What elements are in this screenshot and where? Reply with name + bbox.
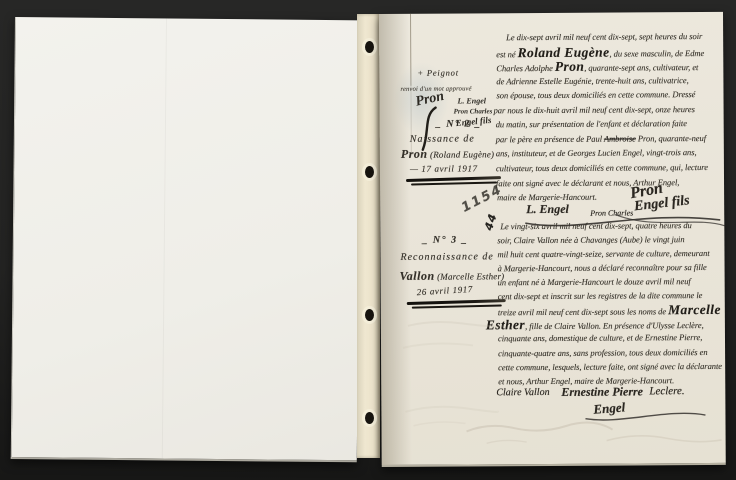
child-name: Marcelle [668,302,721,317]
text-segment: par le père en présence de Paul [496,134,604,145]
act1-line: cultivateur, tous deux domiciliés en cet… [496,162,708,174]
margin-signature-l-engel: L. Engel [458,96,487,105]
margin-underline [407,300,506,308]
text-segment: Vallon [400,269,435,283]
left-blank-page [11,17,361,462]
act2-line: un enfant né à Margerie-Hancourt le douz… [498,276,691,288]
act2-line: soir, Claire Vallon née à Chavanges (Aub… [497,234,684,246]
act2-line: cent dix-sept et inscrit sur les registr… [498,290,703,302]
binding-strip [357,14,380,458]
text-segment: Pron [401,147,428,161]
signature-leclere: Leclere. [649,385,684,397]
text-segment: (Roland Eugène) [428,149,495,159]
binding-hole [365,41,374,53]
bleed-through-marks [393,313,504,434]
act1-line: par le père en présence de Paul Ambroise… [496,133,706,145]
act2-line: cette commune, lesquels, lecture faite, … [498,361,722,373]
father-surname: Pron [555,59,584,74]
text-segment: (Marcelle Esther) [435,271,505,281]
margin-annotation-name: + Peignot [417,68,459,78]
child-name: Roland Eugène [518,45,610,61]
act1-line: Charles Adolphe Pron, quarante-sept ans,… [496,60,698,74]
act2-line: cinquante ans, domestique de culture, et… [498,332,702,344]
signature-claire-vallon: Claire Vallon [496,387,549,398]
act1-line: ans, instituteur, et de Georges Lucien E… [496,147,697,159]
margin-underline [406,177,501,185]
margin-act1-number: _ N° 2 _ [436,118,482,129]
text-segment: Charles Adolphe [496,63,555,73]
binding-hole [365,166,374,178]
margin-act1-name: Pron (Roland Eugène) [401,146,494,162]
act2-line: à Margerie-Hancourt, nous a déclaré reco… [498,262,707,274]
act1-line: par nous le dix-huit avril mil neuf cent… [494,104,695,116]
text-segment: , du sexe masculin, de Edme [609,48,704,59]
act1-line: de Adrienne Estelle Eugénie, trente-huit… [496,75,688,87]
text-segment: treize avril mil neuf cent dix-sept sous… [498,306,668,317]
signature-ernestine-pierre: Ernestine Pierre [561,384,643,399]
crossed-out-word: Ambroise [604,133,636,143]
act2-line: mil huit cent quatre-vingt-seize, servan… [497,248,709,260]
act2-line: cinquante-quatre ans, sans profession, t… [498,347,708,359]
act1-line: son épouse, tous deux domiciliés en cett… [496,89,695,101]
register-page: + Peignot renvoi d'un mot approuvé Pron … [379,12,726,467]
margin-act1-date: — 17 avril 1917 [410,163,478,173]
binding-hole [365,412,374,424]
margin-act2-date: 26 avril 1917 [416,284,473,297]
act2-line: Le vingt-six avril mil neuf cent dix-sep… [500,220,691,232]
act2-line: treize avril mil neuf cent dix-sept sous… [498,304,721,318]
binding-hole [365,309,374,321]
text-segment: , fille de Claire Vallon. En présence d'… [525,320,704,331]
margin-act2-title: Reconnaissance de [400,251,493,263]
margin-act2-name: Vallon (Marcelle Esther) [400,268,505,284]
text-segment: , quarante-sept ans, cultivateur, et [584,62,698,73]
text-segment: Pron, quarante-neuf [636,133,706,143]
act1-line: Le dix-sept avril mil neuf cent dix-sept… [506,31,702,43]
page-crease [162,18,167,458]
act2-line: Esther, fille de Claire Vallon. En prése… [486,318,704,332]
margin-act2-number: _ N° 3 _ [422,234,468,245]
register-book-scan: + Peignot renvoi d'un mot approuvé Pron … [0,0,736,480]
margin-act1-title: Naissance de [410,133,475,144]
act1-line: est né Roland Eugène, du sexe masculin, … [496,46,704,60]
text-segment: est né [496,49,517,59]
spine-number: 44 [482,212,500,232]
act1-line: du matin, sur présentation de l'enfant e… [496,118,687,130]
